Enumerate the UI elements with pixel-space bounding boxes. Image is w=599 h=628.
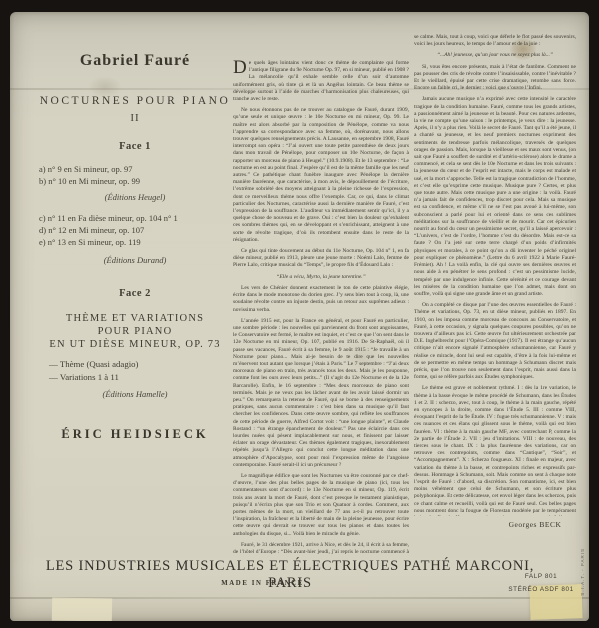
face1-heading: Face 1 — [35, 141, 235, 152]
editions-label-heugel: (Éditions Heugel) — [35, 192, 235, 202]
face2-items: — Thème (Quasi adagio) — Variations 1 à … — [49, 358, 235, 384]
cover-background: Gabriel Fauré NOCTURNES POUR PIANO II Fa… — [10, 12, 589, 621]
track-item: c) n° 11 en Fa dièse mineur, op. 104 n° … — [39, 212, 235, 224]
liner-paragraph: Le magnifique édifice que sont les Noctu… — [233, 473, 409, 538]
face2-item: — Variations 1 à 11 — [49, 371, 235, 384]
crease-line-bottom — [10, 597, 589, 599]
printer-credit: S.I.A.T. - PARIS — [580, 548, 585, 596]
liner-paragraph: se calme. Mais, tout à coup, voici que d… — [414, 34, 576, 48]
verse-quote: “Elle a vécu, Myrto, la jeune tarentine.… — [233, 274, 409, 281]
liner-paragraph-text: e quels âges lointains vient donc ce thè… — [233, 60, 409, 102]
album-title: NOCTURNES POUR PIANO — [35, 95, 235, 107]
liner-paragraph: Ce glas qui tinte doucement au début du … — [233, 248, 409, 270]
liner-notes-column-1: De quels âges lointains vient donc ce th… — [233, 60, 409, 556]
face2-title-line: EN UT DIÈSE MINEUR, OP. 73 — [35, 338, 235, 351]
catalog-numbers: FALP 801 STÉRÉO ASDF 801 — [502, 570, 580, 596]
catalog-number-mono: FALP 801 — [502, 570, 580, 583]
track-item: a) n° 9 en Si mineur, op. 97 — [39, 163, 235, 175]
liner-paragraph: Jamais aucune musique n’a exprimé avec c… — [414, 96, 576, 298]
liner-paragraph: Le thème est grave et noblement rythmé. … — [414, 385, 576, 516]
face2-title-line: POUR PIANO — [35, 325, 235, 338]
face2-title-line: THÈME ET VARIATIONS — [35, 312, 235, 325]
drop-cap: D — [233, 60, 249, 75]
author-signature: Georges BECK — [480, 520, 589, 529]
performer-name: ÉRIC HEIDSIECK — [35, 427, 235, 442]
liner-paragraph: Si, vous êtes encore présents, mais à l’… — [414, 64, 576, 93]
album-volume: II — [35, 112, 235, 124]
liner-paragraph: Fauré, le 31 décembre 1921, arrive à Nic… — [233, 542, 409, 556]
face1-tracklist-b: c) n° 11 en Fa dièse mineur, op. 104 n° … — [39, 212, 235, 248]
liner-paragraph: L’année 1915 est, pour la France en géné… — [233, 318, 409, 469]
tape-residue-left — [52, 597, 112, 621]
catalog-number-stereo: STÉRÉO ASDF 801 — [502, 583, 580, 596]
liner-paragraph: On a complété ce disque par l’une des œu… — [414, 302, 576, 381]
editions-label-durand: (Éditions Durand) — [35, 255, 235, 265]
liner-notes-column-2: se calme. Mais, tout à coup, voici que d… — [414, 34, 576, 516]
editions-label-hamelle: (Éditions Hamelle) — [35, 389, 235, 399]
track-item: b) n° 10 en Mi mineur, op. 99 — [39, 175, 235, 187]
liner-paragraph: De quels âges lointains vient donc ce th… — [233, 60, 409, 103]
album-back-cover-scan: { "accent_colors": { "cover_bg": "#d7d3c… — [0, 0, 599, 628]
face2-heading: Face 2 — [35, 288, 235, 299]
verse-quote: “...Ah! jeunesse, qu’un jour vous ne soy… — [414, 52, 576, 59]
track-item: d) n° 12 en Mi mineur, op. 107 — [39, 224, 235, 236]
face2-item: — Thème (Quasi adagio) — [49, 358, 235, 371]
made-in-france-label: MADE IN FRANCE — [40, 580, 485, 587]
track-item: e) n° 13 en Si mineur, op. 119 — [39, 236, 235, 248]
liner-paragraph: Ne nous étonnons pas de ne trouver au ca… — [233, 107, 409, 244]
liner-paragraph: Les vers de Chénier donnent exactement l… — [233, 285, 409, 314]
artist-name: Gabriel Fauré — [35, 52, 235, 70]
face2-work-title: THÈME ET VARIATIONS POUR PIANO EN UT DIÈ… — [35, 312, 235, 351]
face1-tracklist-a: a) n° 9 en Si mineur, op. 97 b) n° 10 en… — [39, 163, 235, 187]
